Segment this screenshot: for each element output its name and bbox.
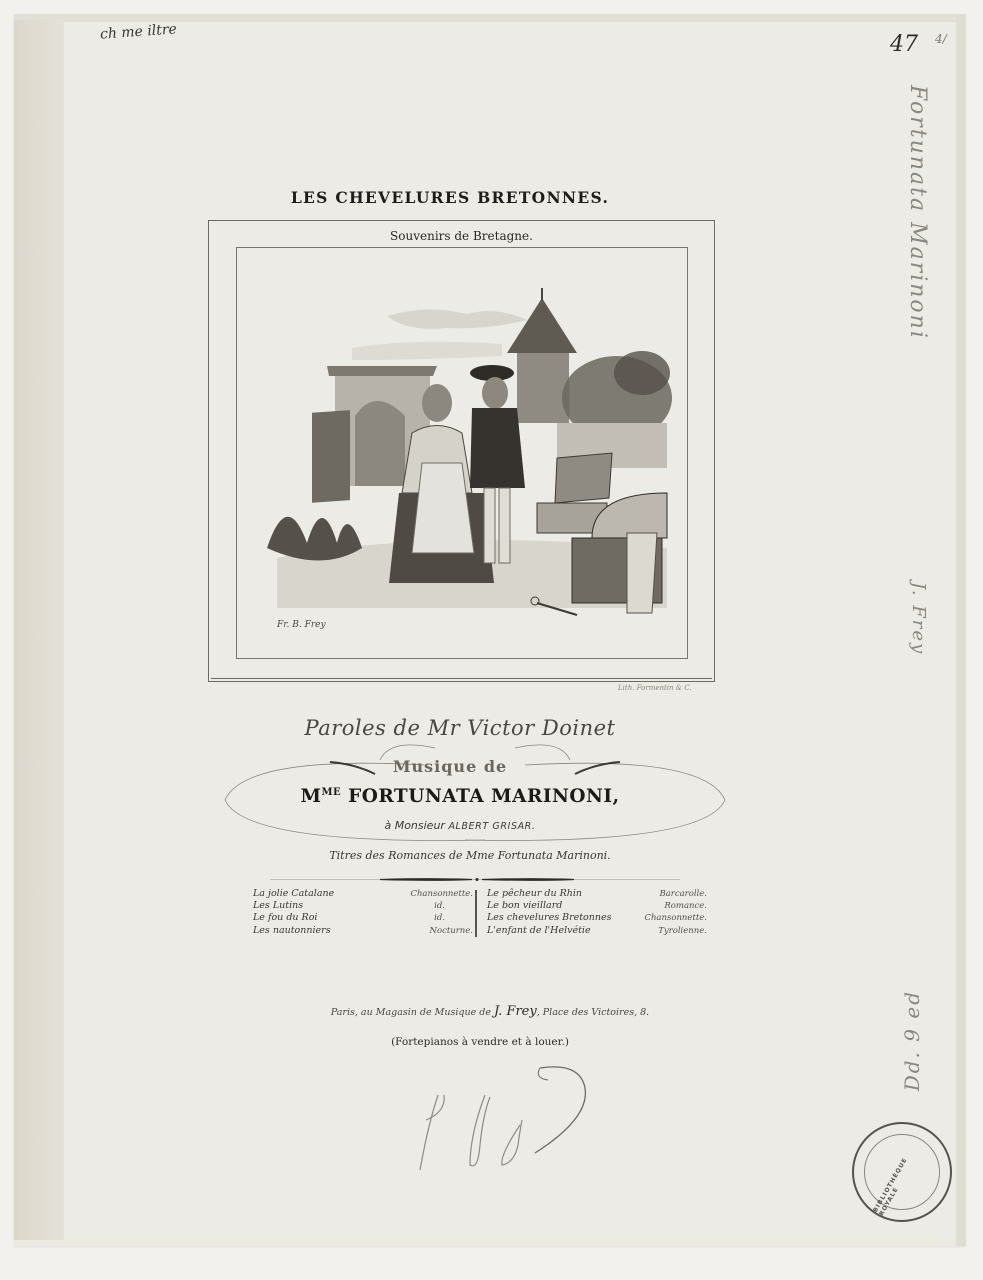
song-title: Les chevelures Bretonnes (487, 912, 612, 924)
mount-strip-left (14, 20, 64, 1240)
song-title: Les Lutins (253, 900, 303, 912)
lithographer-credit: Lith. Formentin & C. (618, 684, 692, 692)
song-title: Les nautonniers (253, 925, 331, 937)
song-title: L'enfant de l'Helvétie (487, 925, 591, 937)
song-genre: id. (434, 912, 445, 924)
illustration-inner-frame: Fr. B. Frey (236, 247, 688, 659)
music-label: Musique de (300, 757, 600, 776)
dedication-line: à Monsieur ALBERT GRISAR. (300, 819, 620, 832)
romances-list-right: Le pêcheur du Rhin Barcarolle. Le bon vi… (487, 888, 707, 937)
lyricist-name: Victor Doinet (467, 716, 615, 740)
artist-signature: Fr. B. Frey (277, 620, 326, 630)
list-item: Les nautonniers Nocturne. (253, 925, 473, 937)
mount-strip-right (956, 14, 966, 1246)
lithograph-illustration (237, 248, 689, 660)
list-item: L'enfant de l'Helvétie Tyrolienne. (487, 925, 707, 937)
list-item: Le bon vieillard Romance. (487, 900, 707, 912)
handwritten-catalog-number: 47 (890, 32, 918, 57)
imprint-prefix: Paris, au Magasin de Musique de (331, 1007, 491, 1018)
handwritten-small-number: 4/ (935, 32, 947, 46)
stamp-text: BIBLIOTHÈQUE ROYALE (872, 1127, 932, 1217)
mount-strip-top (14, 14, 966, 22)
fortepianos-notice: (Fortepianos à vendre et à louer.) (300, 1036, 660, 1048)
lyricist-title: Mr (428, 716, 461, 740)
song-genre: Barcarolle. (659, 888, 707, 900)
song-genre: Chansonnette. (644, 912, 707, 924)
dedication-name: ALBERT GRISAR. (448, 821, 535, 832)
list-item: Le fou du Roi id. (253, 912, 473, 924)
page-title: LES CHEVELURES BRETONNES. (200, 188, 700, 207)
composer-title-sup: ME (321, 787, 341, 798)
pencil-note-publisher: J. Frey (908, 582, 929, 655)
song-genre: Tyrolienne. (658, 925, 707, 937)
song-title: Le pêcheur du Rhin (487, 888, 582, 900)
song-genre: Nocturne. (430, 925, 473, 937)
imprint-suffix: , Place des Victoires, 8. (537, 1007, 649, 1018)
column-divider (475, 890, 477, 937)
list-item: Les Lutins id. (253, 900, 473, 912)
ornamental-rule (270, 878, 680, 881)
song-genre: Romance. (664, 900, 707, 912)
composer-line: MME FORTUNATA MARINONI, (240, 786, 680, 807)
composer-title: M (300, 786, 321, 807)
library-stamp-icon: BIBLIOTHÈQUE ROYALE (852, 1122, 952, 1222)
song-genre: Chansonnette. (410, 888, 473, 900)
song-title: Le fou du Roi (253, 912, 317, 924)
romances-list-heading: Titres des Romances de Mme Fortunata Mar… (250, 849, 690, 862)
composer-name: FORTUNATA MARINONI, (348, 786, 619, 807)
song-genre: id. (434, 900, 445, 912)
pencil-initials-icon (390, 1060, 590, 1170)
song-title: Le bon vieillard (487, 900, 562, 912)
list-item: La jolie Catalane Chansonnette. (253, 888, 473, 900)
list-item: Les chevelures Bretonnes Chansonnette. (487, 912, 707, 924)
song-title: La jolie Catalane (253, 888, 334, 900)
illustration-frame: Souvenirs de Bretagne. (208, 220, 715, 682)
pencil-note-composer: Fortunata Marinoni (905, 85, 930, 340)
publisher-imprint: Paris, au Magasin de Musique de J. Frey,… (280, 1004, 700, 1019)
lyricist-prefix: Paroles de (305, 716, 421, 740)
dedication-prefix: à Monsieur (384, 819, 444, 832)
imprint-publisher: J. Frey (494, 1004, 537, 1019)
lyricist-line: Paroles de Mr Victor Doinet (250, 716, 670, 740)
subtitle: Souvenirs de Bretagne. (209, 229, 714, 243)
pencil-note-shelfmark: Dd. 9 ed (900, 990, 924, 1091)
list-item: Le pêcheur du Rhin Barcarolle. (487, 888, 707, 900)
romances-list-left: La jolie Catalane Chansonnette. Les Luti… (253, 888, 473, 937)
